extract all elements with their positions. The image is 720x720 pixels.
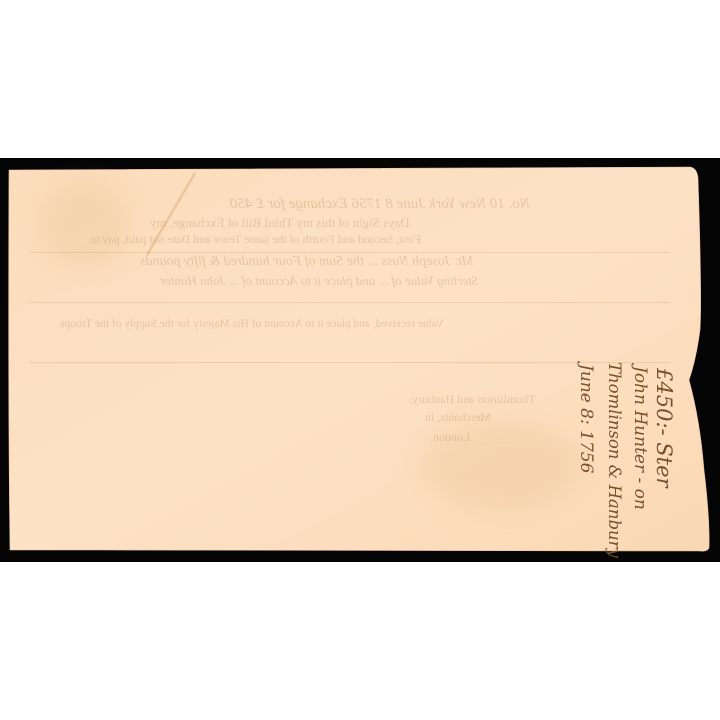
- bleed-rule: [30, 362, 670, 363]
- bleed-through-line: London.: [430, 430, 470, 445]
- endorsement-drawee: Thomlinson & Hanbury: [605, 362, 624, 558]
- bleed-through-line: Thomlinson and Hanbury,: [410, 392, 536, 407]
- bleed-through-line: Value received, and place it to Account …: [60, 318, 444, 330]
- endorsement-date: June 8: 1756: [576, 364, 596, 473]
- bleed-through-line: Sterling Value of ... and place it to Ac…: [160, 273, 478, 289]
- bleed-rule: [30, 252, 670, 253]
- endorsement-payee: John Hunter - on: [630, 366, 650, 510]
- bleed-through-line: First, Second and Fourth of the same Ten…: [90, 232, 421, 247]
- bleed-through-line: Days Sight of this my Third Bill of Exch…: [150, 215, 410, 231]
- bleed-rule: [30, 302, 670, 303]
- document-sheet: No. 10 New York June 8 1756 Exchange for…: [0, 0, 720, 720]
- paper-stain: [40, 180, 130, 270]
- bleed-through-line: Merchants, in: [425, 410, 491, 425]
- paper-shape: [0, 0, 720, 720]
- bleed-through-line: Mr. Joseph Nuss ... the Sum of Four hund…: [140, 254, 474, 270]
- bleed-through-line: No. 10 New York June 8 1756 Exchange for…: [230, 196, 530, 213]
- endorsement-amount: £450:- Ster: [652, 368, 676, 488]
